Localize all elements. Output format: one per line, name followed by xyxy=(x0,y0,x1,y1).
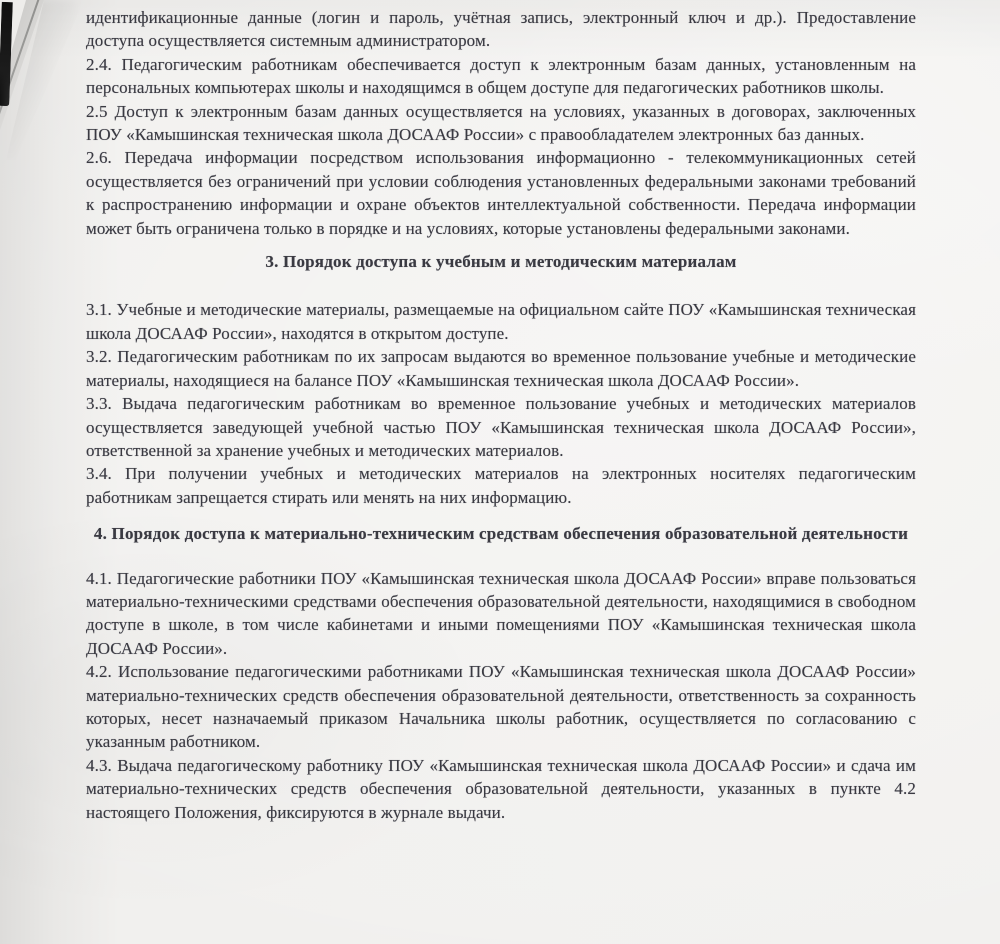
paragraph-4-3: 4.3. Выдача педагогическому работнику ПО… xyxy=(86,754,916,824)
paragraph-2-5: 2.5 Доступ к электронным базам данных ос… xyxy=(86,100,916,147)
section-heading-3: 3. Порядок доступа к учебным и методичес… xyxy=(86,250,916,273)
paragraph-4-1: 4.1. Педагогические работники ПОУ «Камыш… xyxy=(86,567,916,661)
paragraph-3-1: 3.1. Учебные и методические материалы, р… xyxy=(86,298,916,345)
paragraph-3-2: 3.2. Педагогическим работникам по их зап… xyxy=(86,345,916,392)
paragraph-2-3-continuation: идентификационные данные (логин и пароль… xyxy=(86,6,916,53)
paragraph-2-6: 2.6. Передача информации посредством исп… xyxy=(86,146,916,240)
paragraph-3-3: 3.3. Выдача педагогическим работникам во… xyxy=(86,392,916,462)
paragraph-3-4: 3.4. При получении учебных и методически… xyxy=(86,462,916,509)
paragraph-2-4: 2.4. Педагогическим работникам обеспечив… xyxy=(86,53,916,100)
paragraph-4-2: 4.2. Использование педагогическими работ… xyxy=(86,660,916,754)
document-body: идентификационные данные (логин и пароль… xyxy=(86,6,916,824)
scanned-document-page: идентификационные данные (логин и пароль… xyxy=(0,0,1000,944)
section-heading-4: 4. Порядок доступа к материально-техниче… xyxy=(86,522,916,545)
